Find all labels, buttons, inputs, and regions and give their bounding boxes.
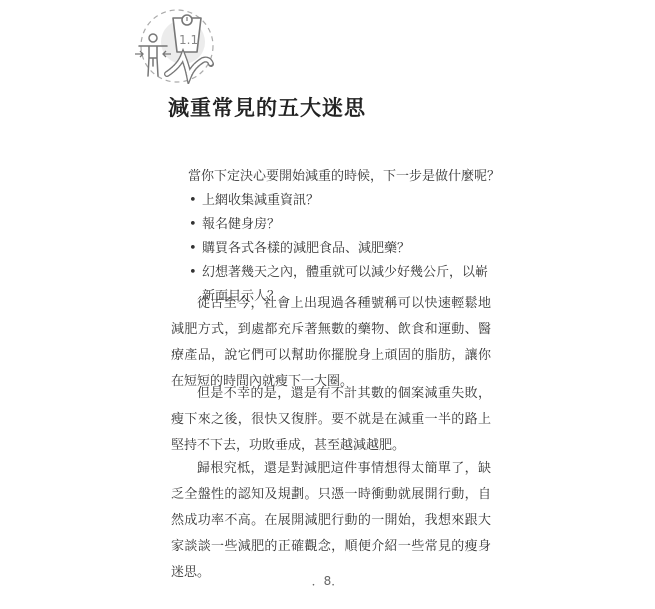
list-item: 購買各式各樣的減肥食品、減肥藥？	[189, 237, 492, 261]
page-number: ．8．	[0, 572, 655, 589]
list-item: 報名健身房？	[189, 213, 492, 237]
body-paragraph: 從古至今，社會上出現過各種號稱可以快速輕鬆地減肥方式，到處都充斥著無數的藥物、飲…	[171, 291, 491, 395]
body-scale-measuring-tape-icon: 1.1	[131, 6, 221, 84]
body-paragraph: 歸根究柢，還是對減肥這件事情想得太簡單了，缺乏全盤性的認知及規劃。只憑一時衝動就…	[171, 456, 491, 586]
body-paragraph: 但是不幸的是，還是有不計其數的個案減重失敗，瘦下來之後，很快又復胖。要不就是在減…	[171, 381, 491, 459]
chapter-icon: 1.1	[131, 6, 221, 84]
page-title: 減重常見的五大迷思	[168, 92, 366, 122]
intro-question: 當你下定決心要開始減重的時候，下一步是做什麼呢？	[188, 165, 500, 189]
list-item: 上網收集減重資訊？	[189, 189, 492, 213]
svg-text:1.1: 1.1	[179, 33, 198, 47]
